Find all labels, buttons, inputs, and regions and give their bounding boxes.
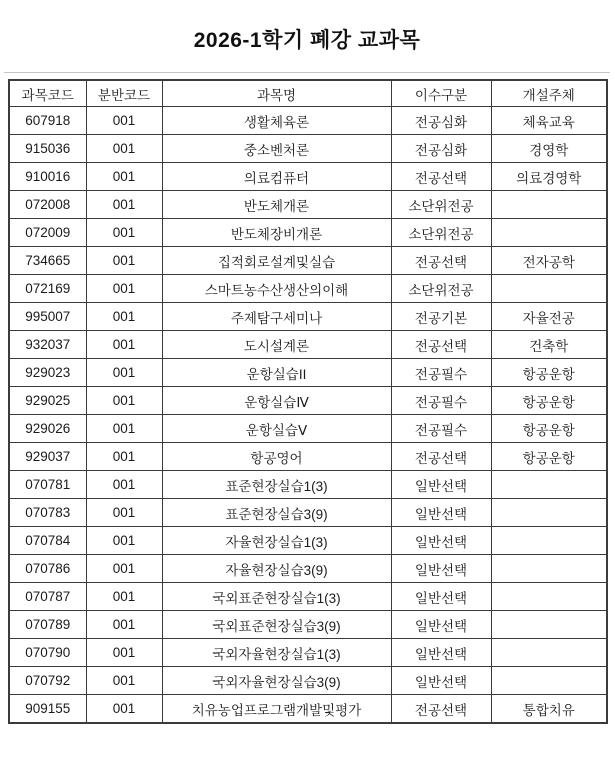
table-row: 929037001항공영어전공선택항공운항 [9,443,607,471]
cell-course-code: 915036 [9,135,86,163]
cell-offering-unit: 항공운항 [491,443,607,471]
cell-completion-type: 전공선택 [391,331,491,359]
cell-section-code: 001 [86,275,162,303]
table-row: 932037001도시설계론전공선택건축학 [9,331,607,359]
header-course-code: 과목코드 [9,80,86,107]
cell-offering-unit [491,667,607,695]
cell-completion-type: 일반선택 [391,639,491,667]
cell-section-code: 001 [86,415,162,443]
document-page: { "title": "2026-1학기 폐강 교과목", "colors": … [0,0,614,762]
cell-completion-type: 전공심화 [391,107,491,135]
cell-completion-type: 일반선택 [391,471,491,499]
cell-offering-unit [491,191,607,219]
table-row: 915036001중소벤처론전공심화경영학 [9,135,607,163]
header-course-name: 과목명 [162,80,391,107]
header-section-code: 분반코드 [86,80,162,107]
cell-section-code: 001 [86,303,162,331]
cell-course-code: 072009 [9,219,86,247]
cell-section-code: 001 [86,527,162,555]
table-row: 910016001의료컴퓨터전공선택의료경영학 [9,163,607,191]
cell-completion-type: 전공선택 [391,163,491,191]
cell-course-name: 스마트농수산생산의이해 [162,275,391,303]
cell-section-code: 001 [86,639,162,667]
table-row: 072009001반도체장비개론소단위전공 [9,219,607,247]
cell-completion-type: 전공선택 [391,247,491,275]
cell-course-code: 932037 [9,331,86,359]
cell-course-code: 607918 [9,107,86,135]
cell-course-name: 반도체장비개론 [162,219,391,247]
cell-course-code: 070792 [9,667,86,695]
table-row: 734665001집적회로설계및실습전공선택전자공학 [9,247,607,275]
cell-course-name: 의료컴퓨터 [162,163,391,191]
cell-completion-type: 일반선택 [391,583,491,611]
table-row: 072169001스마트농수산생산의이해소단위전공 [9,275,607,303]
table-row: 070787001국외표준현장실습1(3)일반선택 [9,583,607,611]
cell-completion-type: 전공필수 [391,387,491,415]
cell-completion-type: 일반선택 [391,499,491,527]
cell-section-code: 001 [86,163,162,191]
cell-section-code: 001 [86,247,162,275]
table-row: 072008001반도체개론소단위전공 [9,191,607,219]
cell-course-code: 734665 [9,247,86,275]
cell-completion-type: 일반선택 [391,527,491,555]
table-row: 070790001국외자율현장실습1(3)일반선택 [9,639,607,667]
cell-offering-unit [491,583,607,611]
cell-completion-type: 일반선택 [391,667,491,695]
cell-course-code: 995007 [9,303,86,331]
cell-section-code: 001 [86,359,162,387]
cell-section-code: 001 [86,191,162,219]
cell-course-name: 생활체육론 [162,107,391,135]
cell-section-code: 001 [86,219,162,247]
cell-offering-unit: 경영학 [491,135,607,163]
cell-completion-type: 전공필수 [391,359,491,387]
table-row: 929025001운항실습Ⅳ전공필수항공운항 [9,387,607,415]
cell-completion-type: 전공필수 [391,415,491,443]
table-row: 995007001주제탐구세미나전공기본자율전공 [9,303,607,331]
cell-course-code: 070784 [9,527,86,555]
cell-section-code: 001 [86,135,162,163]
cell-completion-type: 전공선택 [391,443,491,471]
cell-course-code: 929025 [9,387,86,415]
table-row: 070781001표준현장실습1(3)일반선택 [9,471,607,499]
cell-course-name: 항공영어 [162,443,391,471]
cell-offering-unit [491,527,607,555]
table-row: 070786001자율현장실습3(9)일반선택 [9,555,607,583]
cell-section-code: 001 [86,107,162,135]
cell-course-code: 910016 [9,163,86,191]
cell-completion-type: 소단위전공 [391,275,491,303]
cell-course-name: 국외표준현장실습3(9) [162,611,391,639]
table-row: 909155001치유농업프로그램개발및평가전공선택통합치유 [9,695,607,724]
cell-completion-type: 전공심화 [391,135,491,163]
cell-course-name: 국외표준현장실습1(3) [162,583,391,611]
cell-course-name: 운항실습Ⅴ [162,415,391,443]
top-divider-rule [4,72,610,73]
cell-course-code: 070790 [9,639,86,667]
header-completion-type: 이수구분 [391,80,491,107]
cell-offering-unit: 항공운항 [491,387,607,415]
cell-course-code: 070783 [9,499,86,527]
cell-section-code: 001 [86,443,162,471]
cell-completion-type: 소단위전공 [391,219,491,247]
cell-offering-unit [491,275,607,303]
cell-course-code: 929026 [9,415,86,443]
cell-course-name: 주제탐구세미나 [162,303,391,331]
cell-course-name: 반도체개론 [162,191,391,219]
table-row: 070784001자율현장실습1(3)일반선택 [9,527,607,555]
cell-section-code: 001 [86,387,162,415]
cell-course-code: 070781 [9,471,86,499]
cell-course-code: 070786 [9,555,86,583]
cell-offering-unit: 의료경영학 [491,163,607,191]
cell-offering-unit: 자율전공 [491,303,607,331]
cell-course-name: 도시설계론 [162,331,391,359]
cell-course-name: 표준현장실습1(3) [162,471,391,499]
cell-offering-unit [491,639,607,667]
cell-completion-type: 전공선택 [391,695,491,724]
cell-course-code: 072008 [9,191,86,219]
table-row: 070789001국외표준현장실습3(9)일반선택 [9,611,607,639]
table-row: 929026001운항실습Ⅴ전공필수항공운항 [9,415,607,443]
cell-course-name: 운항실습II [162,359,391,387]
cell-course-name: 치유농업프로그램개발및평가 [162,695,391,724]
cell-course-name: 국외자율현장실습3(9) [162,667,391,695]
cell-section-code: 001 [86,555,162,583]
cell-course-name: 중소벤처론 [162,135,391,163]
cell-section-code: 001 [86,667,162,695]
cell-course-name: 표준현장실습3(9) [162,499,391,527]
table-row: 070792001국외자율현장실습3(9)일반선택 [9,667,607,695]
table-row: 929023001운항실습II전공필수항공운항 [9,359,607,387]
cell-offering-unit [491,499,607,527]
cell-section-code: 001 [86,695,162,724]
table-body: 607918001생활체육론전공심화체육교육915036001중소벤처론전공심화… [9,107,607,724]
cell-course-name: 자율현장실습3(9) [162,555,391,583]
cell-course-name: 집적회로설계및실습 [162,247,391,275]
cell-offering-unit: 전자공학 [491,247,607,275]
cell-course-name: 국외자율현장실습1(3) [162,639,391,667]
cell-section-code: 001 [86,471,162,499]
cell-offering-unit: 항공운항 [491,415,607,443]
cell-course-name: 운항실습Ⅳ [162,387,391,415]
cell-course-code: 909155 [9,695,86,724]
cell-course-name: 자율현장실습1(3) [162,527,391,555]
header-offering-unit: 개설주체 [491,80,607,107]
cell-offering-unit: 체육교육 [491,107,607,135]
table-row: 070783001표준현장실습3(9)일반선택 [9,499,607,527]
cell-course-code: 929037 [9,443,86,471]
header-row: 과목코드분반코드과목명이수구분개설주체 [9,80,607,107]
cell-course-code: 070789 [9,611,86,639]
cell-completion-type: 소단위전공 [391,191,491,219]
cell-course-code: 070787 [9,583,86,611]
cell-offering-unit [491,555,607,583]
cell-offering-unit [491,471,607,499]
page-title: 2026-1학기 폐강 교과목 [0,24,614,54]
cell-section-code: 001 [86,499,162,527]
cell-offering-unit: 통합치유 [491,695,607,724]
cell-offering-unit: 건축학 [491,331,607,359]
cancelled-courses-table: 과목코드분반코드과목명이수구분개설주체 607918001생활체육론전공심화체육… [8,79,608,724]
cell-offering-unit: 항공운항 [491,359,607,387]
cell-section-code: 001 [86,583,162,611]
cell-completion-type: 일반선택 [391,611,491,639]
cell-course-code: 072169 [9,275,86,303]
table-row: 607918001생활체육론전공심화체육교육 [9,107,607,135]
cell-completion-type: 전공기본 [391,303,491,331]
cell-completion-type: 일반선택 [391,555,491,583]
cell-course-code: 929023 [9,359,86,387]
cell-section-code: 001 [86,611,162,639]
cell-offering-unit [491,611,607,639]
cell-offering-unit [491,219,607,247]
cell-section-code: 001 [86,331,162,359]
